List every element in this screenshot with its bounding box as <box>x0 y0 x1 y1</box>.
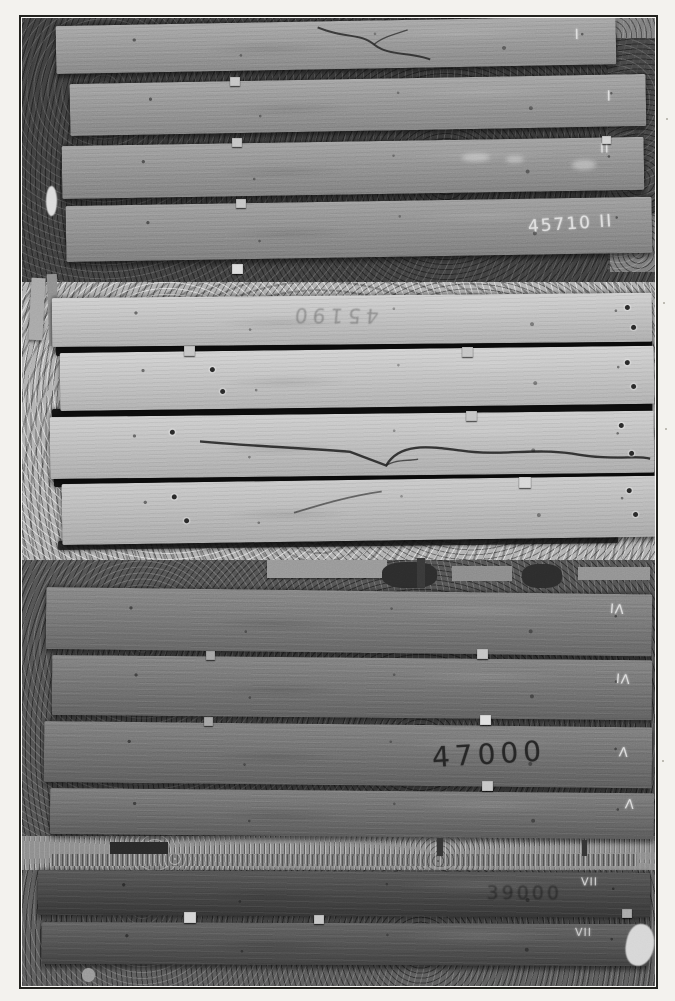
background-fence-board <box>452 566 512 581</box>
framed-photograph: I I II 45710 II 45190 <box>19 15 658 989</box>
chalk-label: VII <box>581 875 598 888</box>
background-post <box>437 838 443 856</box>
plank-g2-1: 45190 <box>52 293 652 347</box>
load-stamp: 47000 <box>431 734 547 774</box>
thin-background-beam <box>52 854 637 866</box>
plank-g4-2: VII <box>42 922 648 966</box>
chalk-label: I <box>607 89 612 105</box>
bolt-hole <box>625 305 630 310</box>
background-post <box>582 840 587 856</box>
bolt-hole <box>220 389 225 394</box>
bolt-hole <box>172 494 177 499</box>
small-stone <box>82 968 95 982</box>
spacer-block <box>184 912 196 923</box>
bolt-hole <box>629 451 634 456</box>
white-object-in-grass <box>46 186 57 216</box>
crack-line <box>312 21 443 67</box>
background-fence-board <box>267 560 387 578</box>
chalk-label: 45710 II <box>528 211 615 237</box>
chalk-label-upside-down: VI <box>615 669 631 685</box>
plank-g1-4: 45710 II <box>66 197 653 262</box>
plank-g1-1: I <box>56 18 617 74</box>
bolt-hole <box>631 325 636 330</box>
page: { "figure": { "type": "halftone-photogra… <box>0 0 675 1001</box>
print-speckle <box>666 118 668 120</box>
chalk-smudge <box>506 156 524 163</box>
chalk-smudge <box>572 160 596 170</box>
chalk-smudge <box>462 153 490 161</box>
spacer-block <box>602 136 611 144</box>
background-post <box>417 558 425 588</box>
print-speckle <box>665 428 667 430</box>
spacer-block <box>622 909 632 918</box>
bolt-hole <box>170 430 175 435</box>
spacer-block <box>314 915 324 924</box>
bolt-hole <box>619 423 624 428</box>
background-fence-board <box>578 567 650 580</box>
spacer-block <box>462 347 473 357</box>
bolt-hole <box>625 360 630 365</box>
plank-g3-4: V <box>50 788 654 839</box>
plank-g2-2 <box>60 346 655 411</box>
plank-g2-3 <box>50 411 655 479</box>
faint-stamp: 39000 <box>487 882 563 904</box>
spacer-block <box>232 264 243 274</box>
chalk-label: I <box>575 27 580 43</box>
background-bush <box>382 562 437 588</box>
bolt-hole <box>210 367 215 372</box>
spacer-block <box>482 781 493 791</box>
spacer-block <box>466 411 477 421</box>
faint-stamp: 45190 <box>289 303 380 328</box>
spacer-block <box>519 477 531 488</box>
print-speckle <box>663 302 665 304</box>
spacer-block <box>206 651 215 660</box>
photograph-canvas: I I II 45710 II 45190 <box>22 18 655 986</box>
spacer-block <box>236 199 246 208</box>
plank-g1-3: II <box>62 137 645 199</box>
print-speckle <box>662 760 664 762</box>
chalk-label-upside-down: V <box>624 795 635 811</box>
chalk-label: VII <box>575 926 592 939</box>
long-crack-line <box>200 417 653 474</box>
crack-line <box>292 487 392 518</box>
spacer-block <box>204 717 213 726</box>
spacer-block <box>230 77 240 86</box>
plank-g3-3: 47000 V <box>44 721 653 788</box>
spacer-block <box>232 138 242 147</box>
bolt-hole <box>627 488 632 493</box>
bolt-hole <box>633 512 638 517</box>
background-bush <box>522 564 562 588</box>
chalk-label-upside-down: VI <box>609 599 625 615</box>
plank-g3-1: VI <box>46 587 653 656</box>
bolt-hole <box>184 518 189 523</box>
spacer-block <box>477 649 488 659</box>
plank-g4-1: VII 39000 <box>38 870 650 918</box>
spacer-block <box>480 715 491 725</box>
plank-g2-4 <box>62 476 655 545</box>
chalk-label-upside-down: V <box>618 743 629 759</box>
plank-g3-2: VI <box>52 655 653 720</box>
bolt-hole <box>631 384 636 389</box>
plank-g1-2: I <box>70 74 647 136</box>
spacer-block <box>184 346 195 356</box>
